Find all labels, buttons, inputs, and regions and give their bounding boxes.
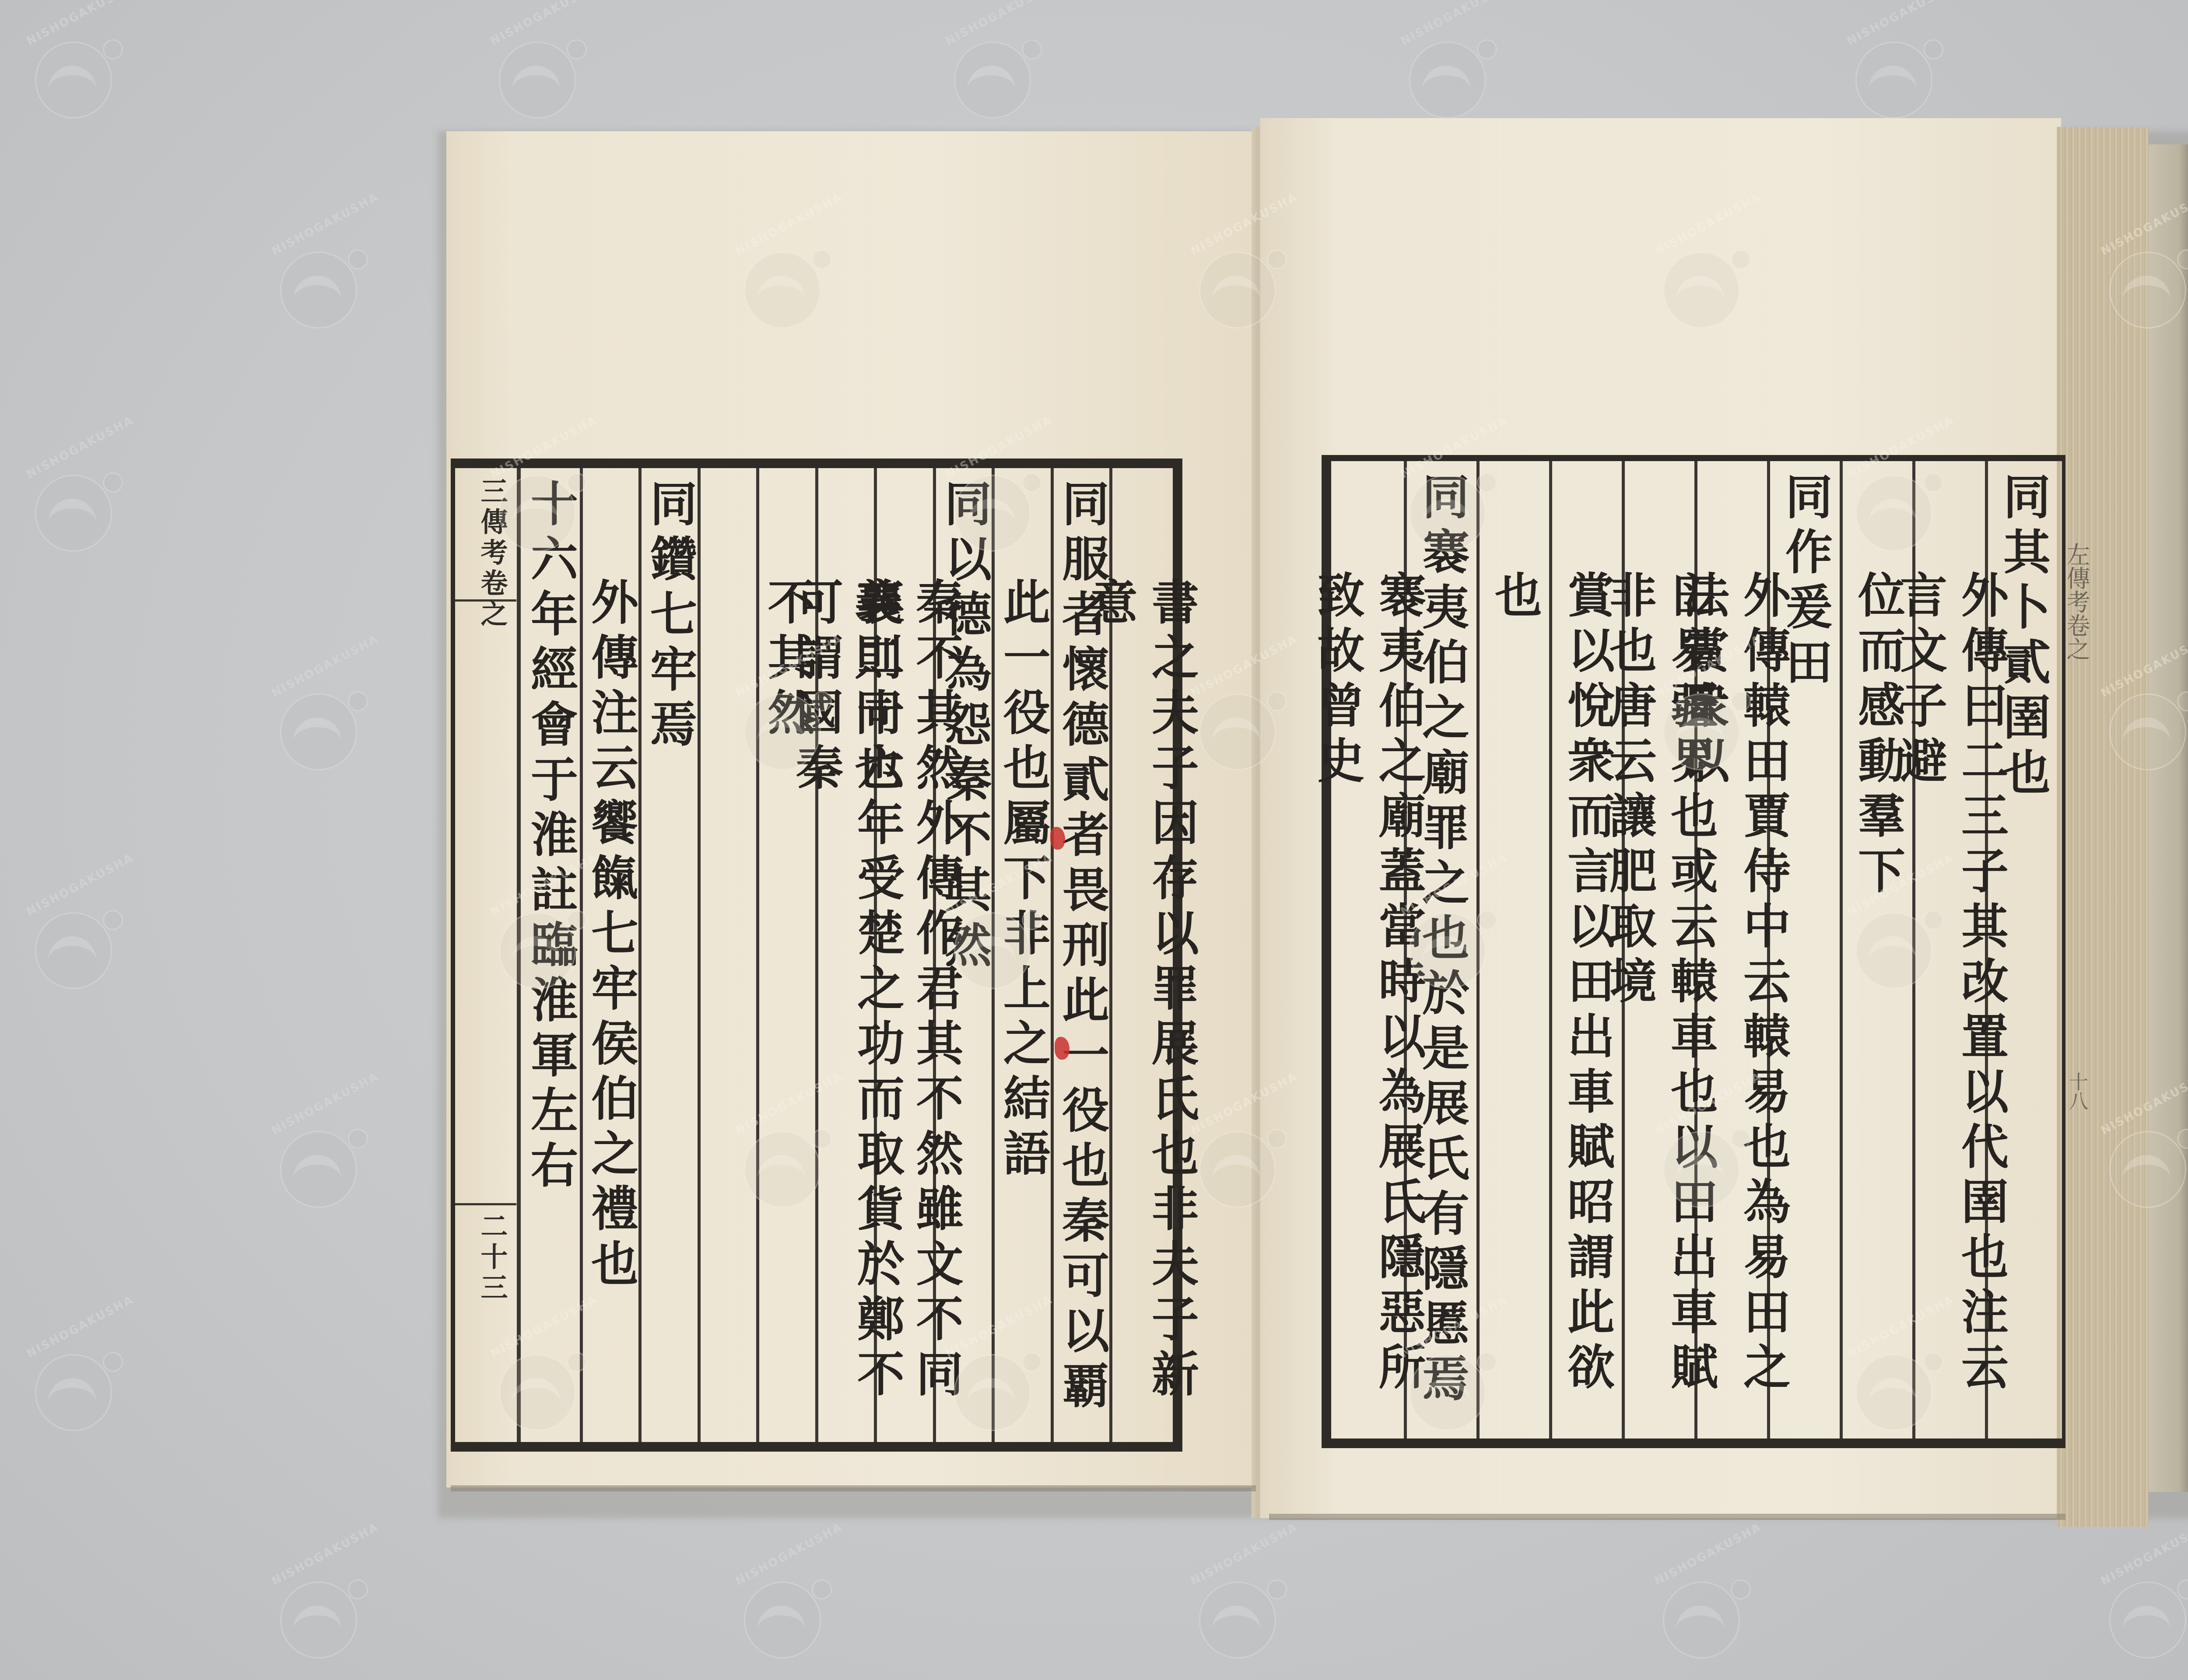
column-text: 同鑽七牢焉 <box>639 479 700 755</box>
watermark-logo: NISHOGAKUSHA <box>1645 1107 1750 1212</box>
watermark-logo: NISHOGAKUSHA <box>18 888 123 993</box>
watermark-logo: NISHOGAKUSHA <box>481 17 586 122</box>
watermark-logo: NISHOGAKUSHA <box>726 1107 831 1212</box>
cover-edge <box>2149 144 2188 1492</box>
watermark-logo: NISHOGAKUSHA <box>263 1557 368 1662</box>
watermark-text: NISHOGAKUSHA <box>270 632 381 700</box>
watermark-logo: NISHOGAKUSHA <box>1838 17 1943 122</box>
watermark-logo: NISHOGAKUSHA <box>1182 1107 1287 1212</box>
watermark-logo: NISHOGAKUSHA <box>936 888 1041 993</box>
watermark-logo: NISHOGAKUSHA <box>1645 1557 1750 1662</box>
watermark-text: NISHOGAKUSHA <box>25 1293 136 1361</box>
watermark-logo: NISHOGAKUSHA <box>18 1330 123 1435</box>
watermark-logo: NISHOGAKUSHA <box>263 1107 368 1212</box>
watermark-text: NISHOGAKUSHA <box>270 190 381 258</box>
watermark-logo: NISHOGAKUSHA <box>263 227 368 332</box>
watermark-logo: NISHOGAKUSHA <box>1645 227 1750 332</box>
page-number: 二十三 <box>473 1212 512 1304</box>
fore-edge-label: 左傳考卷之 <box>2063 542 2090 661</box>
watermark-logo: NISHOGAKUSHA <box>1392 451 1497 556</box>
watermark-logo: NISHOGAKUSHA <box>1645 669 1750 774</box>
watermark-logo: NISHOGAKUSHA <box>726 669 831 774</box>
watermark-text: NISHOGAKUSHA <box>488 0 600 48</box>
text-column: 書之夫子因存以罪展氏也非夫子新意 <box>1109 468 1168 1442</box>
watermark-logo: NISHOGAKUSHA <box>1182 227 1287 332</box>
text-column: 同鑽七牢焉 <box>638 468 698 1442</box>
watermark-text: NISHOGAKUSHA <box>270 1070 381 1137</box>
watermark-logo: NISHOGAKUSHA <box>2092 227 2188 332</box>
watermark-logo: NISHOGAKUSHA <box>1838 888 1943 993</box>
watermark-text: NISHOGAKUSHA <box>25 0 136 48</box>
watermark-logo: NISHOGAKUSHA <box>2092 1557 2188 1662</box>
left-page-bottom-edge <box>451 1485 1256 1491</box>
margin-rule-bottom <box>455 1203 516 1205</box>
watermark-logo: NISHOGAKUSHA <box>936 1330 1041 1435</box>
watermark-logo: NISHOGAKUSHA <box>936 17 1041 122</box>
watermark-logo: NISHOGAKUSHA <box>1182 669 1287 774</box>
text-column: 襄二十六年受楚之功而取貨於鄭不可謂國秦 <box>815 468 874 1442</box>
watermark-logo: NISHOGAKUSHA <box>1392 17 1497 122</box>
watermark-text: NISHOGAKUSHA <box>270 1520 381 1588</box>
watermark-text: NISHOGAKUSHA <box>2099 1520 2188 1588</box>
watermark-text: NISHOGAKUSHA <box>1845 0 1957 48</box>
text-column: 田易疆界也或云轅車也以田出車賦非也唐云讓肥取境 <box>1622 461 1694 1438</box>
watermark-logo: NISHOGAKUSHA <box>1838 1330 1943 1435</box>
watermark-logo: NISHOGAKUSHA <box>936 451 1041 556</box>
watermark-logo: NISHOGAKUSHA <box>263 669 368 774</box>
text-column: 同服者懷德貳者畏刑此一役也秦可以覇 <box>1051 468 1110 1442</box>
column-text: 位而感動羣下 <box>1847 570 1908 901</box>
text-column: 不其然 <box>756 468 815 1442</box>
text-column <box>698 468 757 1442</box>
watermark-logo: NISHOGAKUSHA <box>2092 669 2188 774</box>
column-text: 也 <box>1484 570 1545 626</box>
watermark-text: NISHOGAKUSHA <box>25 413 136 481</box>
column-text: 外傳注云饗餼七牢侯伯之禮也 <box>580 577 641 1294</box>
watermark-logo: NISHOGAKUSHA <box>1838 451 1943 556</box>
watermark-logo: NISHOGAKUSHA <box>481 451 586 556</box>
watermark-logo: NISHOGAKUSHA <box>18 451 123 556</box>
watermark-logo: NISHOGAKUSHA <box>1182 1557 1287 1662</box>
fore-edge-page: 十八 <box>2063 1072 2090 1110</box>
column-text: 同服者懷德貳者畏刑此一役也秦可以覇 <box>1051 479 1112 1416</box>
watermark-logo: NISHOGAKUSHA <box>18 17 123 122</box>
text-column: 賞以悅衆而言以田出車賦昭謂此欲 <box>1549 461 1622 1438</box>
watermark-logo: NISHOGAKUSHA <box>1392 1330 1497 1435</box>
right-page-bottom-edge <box>1269 1514 2065 1520</box>
watermark-logo: NISHOGAKUSHA <box>481 888 586 993</box>
watermark-text: NISHOGAKUSHA <box>1399 0 1510 48</box>
column-text: 褰夷伯之廟蓋當時以為展氏隱惡所致故曾史 <box>1306 570 1429 1438</box>
column-text: 十六年經會于淮註臨淮軍左右 <box>519 479 581 1196</box>
watermark-logo: NISHOGAKUSHA <box>726 227 831 332</box>
watermark-text: NISHOGAKUSHA <box>1652 1520 1764 1588</box>
watermark-logo: NISHOGAKUSHA <box>726 1557 831 1662</box>
watermark-logo: NISHOGAKUSHA <box>2092 1107 2188 1212</box>
page-stack <box>2057 127 2149 1527</box>
watermark-logo: NISHOGAKUSHA <box>1392 888 1497 993</box>
watermark-text: NISHOGAKUSHA <box>943 0 1055 48</box>
watermark-text: NISHOGAKUSHA <box>733 1520 845 1588</box>
column-text: 賞以悅衆而言以田出車賦昭謂此欲 <box>1557 570 1618 1397</box>
watermark-text: NISHOGAKUSHA <box>1189 1520 1300 1588</box>
watermark-text: NISHOGAKUSHA <box>25 851 136 919</box>
watermark-logo: NISHOGAKUSHA <box>481 1330 586 1435</box>
left-text-columns: 書之夫子因存以罪展氏也非夫子新意同服者懷德貳者畏刑此一役也秦可以覇此一役也屬下非… <box>521 468 1168 1442</box>
